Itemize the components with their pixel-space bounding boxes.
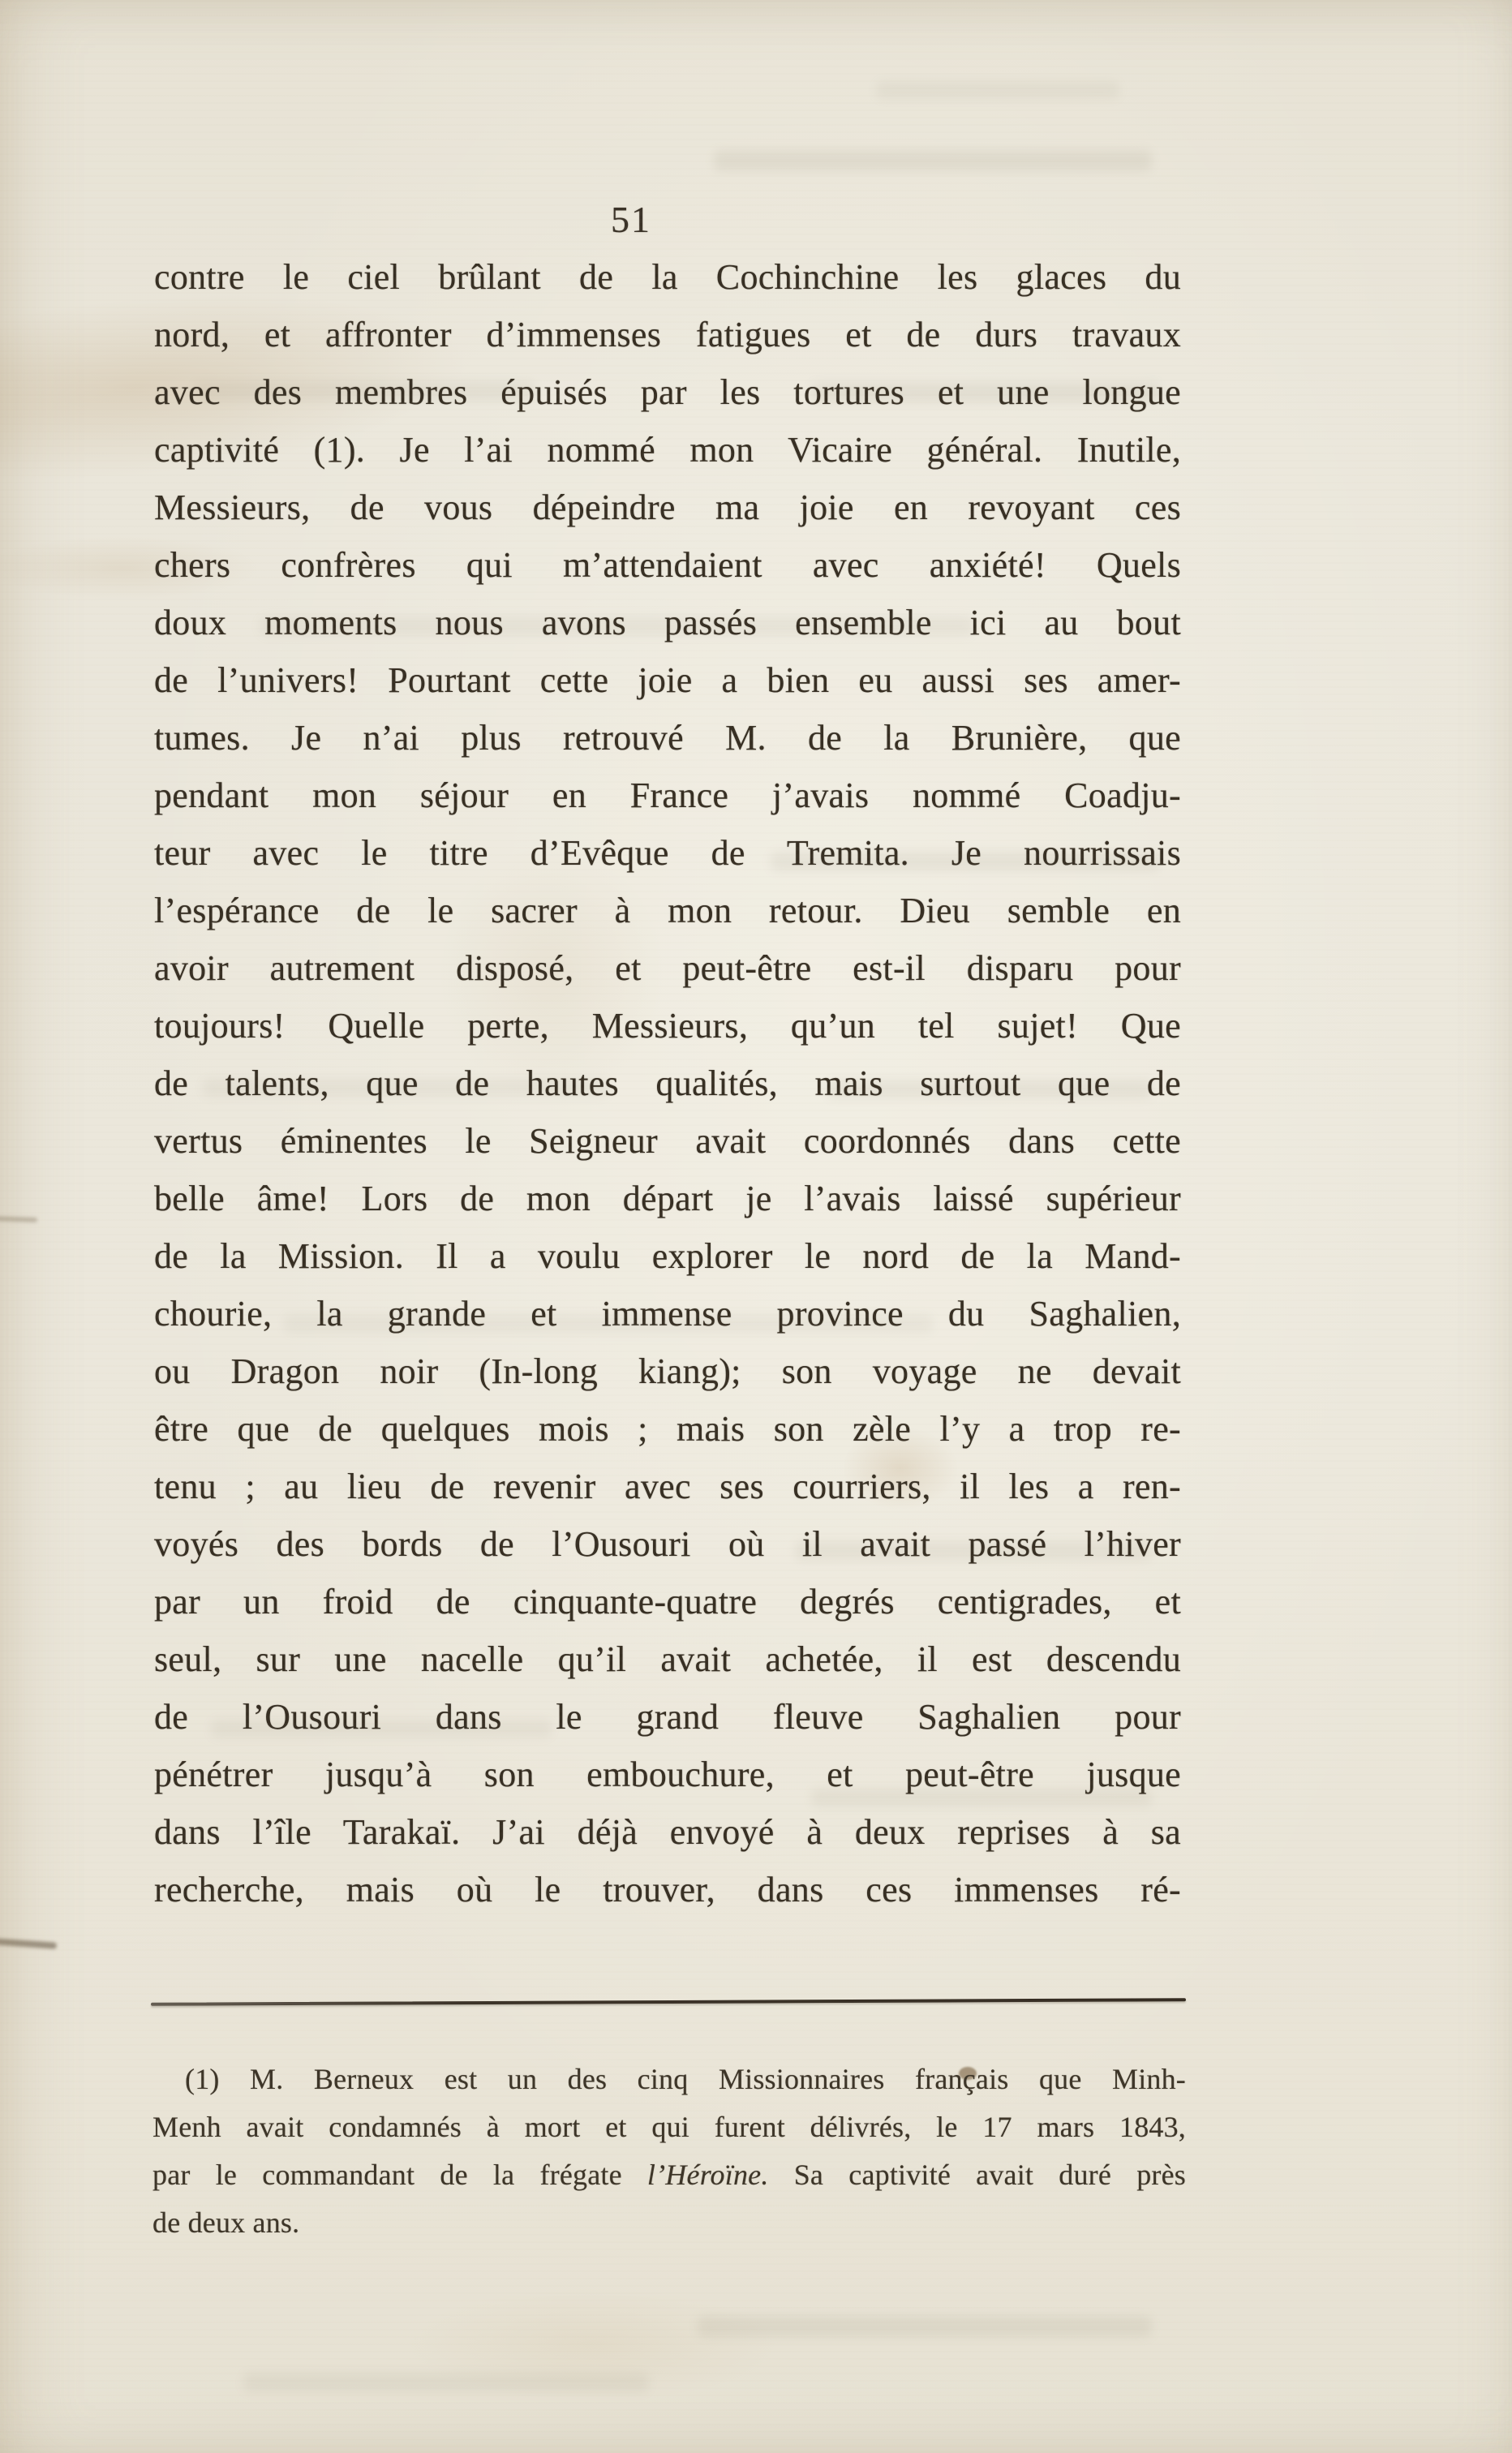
- text-line: recherche, mais où le trouver, dans ces …: [154, 1861, 1181, 1918]
- text-line: tumes. Je n’ai plus retrouvé M. de la Br…: [154, 709, 1181, 767]
- text-line: chers confrères qui m’attendaient avec a…: [154, 536, 1181, 594]
- edge-mark: [0, 1938, 57, 1949]
- text-line: de la Mission. Il a voulu explorer le no…: [154, 1227, 1181, 1285]
- show-through-artifact: [714, 150, 1152, 171]
- text-line: contre le ciel brûlant de la Cochinchine…: [154, 248, 1181, 306]
- text-line: Messieurs, de vous dépeindre ma joie en …: [154, 479, 1181, 536]
- text-line: doux moments nous avons passés ensemble …: [154, 594, 1181, 651]
- scanned-book-page: { "page": { "number": "51", "body_lines"…: [0, 0, 1512, 2453]
- text-line: teur avec le titre d’Evêque de Tremita. …: [154, 824, 1181, 882]
- text-line: par un froid de cinquante-quatre degrés …: [154, 1573, 1181, 1630]
- footnote-text: par le commandant de la frégate: [152, 2159, 647, 2191]
- footnote-line: Menh avait condamnés à mort et qui furen…: [152, 2103, 1186, 2151]
- text-line: de talents, que de hautes qualités, mais…: [154, 1055, 1181, 1112]
- text-line: être que de quelques mois ; mais son zèl…: [154, 1400, 1181, 1458]
- footnote-text: Sa captivité avait duré près: [769, 2159, 1186, 2191]
- show-through-artifact: [876, 81, 1119, 99]
- body-paragraph: contre le ciel brûlant de la Cochinchine…: [154, 248, 1181, 1918]
- paper-stain: [406, 2288, 779, 2401]
- footnote-separator-rule: [151, 1998, 1186, 2006]
- text-line: chourie, la grande et immense province d…: [154, 1285, 1181, 1342]
- text-line: de l’Ousouri dans le grand fleuve Saghal…: [154, 1688, 1181, 1746]
- text-line: pénétrer jusqu’à son embouchure, et peut…: [154, 1746, 1181, 1803]
- show-through-artifact: [243, 2373, 649, 2392]
- footnote-line: par le commandant de la frégate l’Héroïn…: [152, 2151, 1186, 2199]
- text-line: nord, et affronter d’immenses fatigues e…: [154, 306, 1181, 363]
- text-line: avoir autrement disposé, et peut-être es…: [154, 939, 1181, 997]
- text-line: l’espérance de le sacrer à mon retour. D…: [154, 882, 1181, 939]
- page-number: 51: [0, 198, 1262, 241]
- show-through-artifact: [698, 2316, 1152, 2337]
- text-line: belle âme! Lors de mon départ je l’avais…: [154, 1170, 1181, 1227]
- text-line: vertus éminentes le Seigneur avait coord…: [154, 1112, 1181, 1170]
- text-line: tenu ; au lieu de revenir avec ses courr…: [154, 1458, 1181, 1515]
- footnote-line: de deux ans.: [152, 2199, 1186, 2247]
- text-line: seul, sur une nacelle qu’il avait acheté…: [154, 1630, 1181, 1688]
- frigate-name-italic: l’Héroïne.: [647, 2159, 769, 2191]
- text-line: captivité (1). Je l’ai nommé mon Vicaire…: [154, 421, 1181, 479]
- footnote-line: (1) M. Berneux est un des cinq Missionna…: [152, 2056, 1186, 2103]
- text-line: dans l’île Tarakaï. J’ai déjà envoyé à d…: [154, 1803, 1181, 1861]
- text-line: pendant mon séjour en France j’avais nom…: [154, 767, 1181, 824]
- text-line: ou Dragon noir (In-long kiang); son voya…: [154, 1342, 1181, 1400]
- text-line: voyés des bords de l’Ousouri où il avait…: [154, 1515, 1181, 1573]
- text-line: de l’univers! Pourtant cette joie a bien…: [154, 651, 1181, 709]
- text-line: toujours! Quelle perte, Messieurs, qu’un…: [154, 997, 1181, 1055]
- edge-mark: [0, 1216, 37, 1222]
- text-line: avec des membres épuisés par les torture…: [154, 363, 1181, 421]
- footnote: (1) M. Berneux est un des cinq Missionna…: [152, 2056, 1186, 2247]
